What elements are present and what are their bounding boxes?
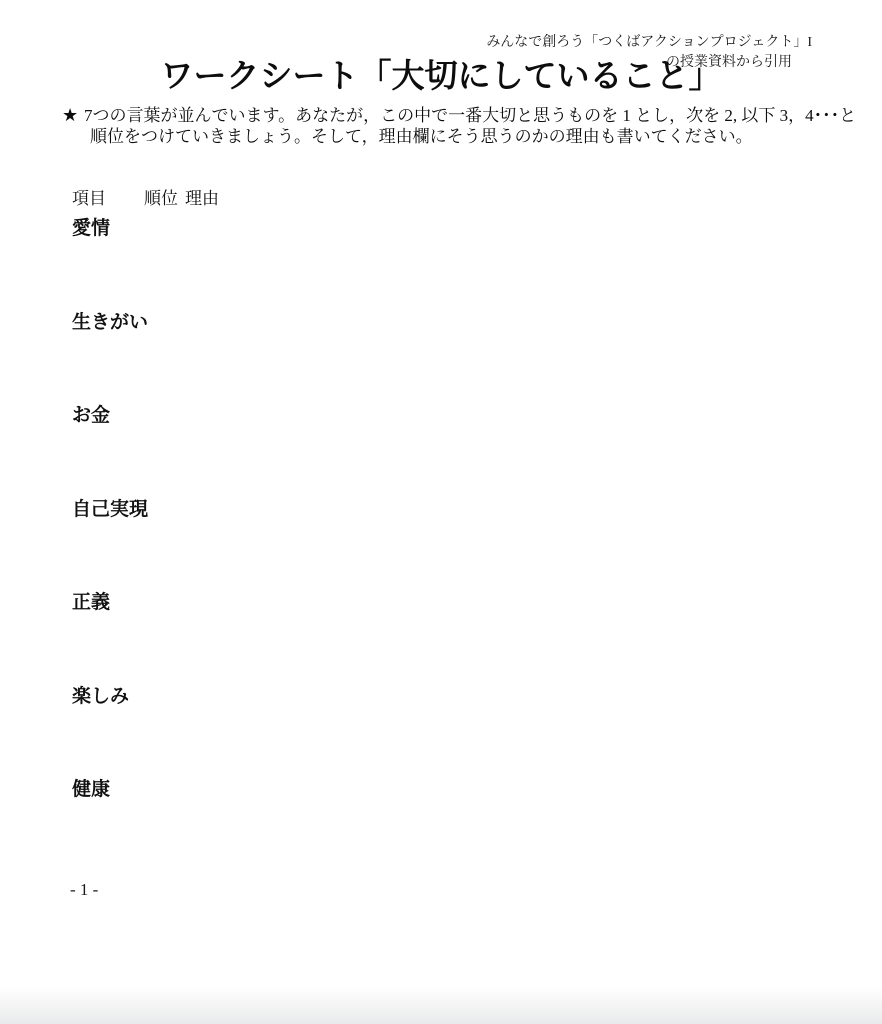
page-edge-shade	[0, 986, 882, 1024]
reason-cell-empty	[169, 678, 209, 702]
star-marker: ★	[62, 105, 84, 126]
reason-cell-empty	[150, 210, 190, 234]
table-row: 楽しみ	[72, 678, 852, 772]
worksheet-table: 項目順位理由 愛情 生きがい お金 自己実現 正義 楽しみ 健康	[72, 188, 852, 865]
item-label: お金	[72, 405, 110, 426]
reason-cell-empty	[150, 397, 190, 421]
rank-cell-empty	[110, 771, 150, 795]
reason-cell-empty	[188, 491, 228, 515]
table-row: お金	[72, 397, 852, 491]
table-row: 自己実現	[72, 491, 852, 585]
table-header-row: 項目順位理由	[72, 188, 852, 210]
worksheet-page: みんなで創ろう「つくばアクションプロジェクト」I の授業資料から引用 ワークシー…	[0, 0, 882, 1024]
page-number: - 1 -	[70, 880, 98, 900]
rank-cell-empty	[110, 210, 150, 234]
page-title: ワークシート「大切にしていること」	[0, 58, 882, 98]
rank-cell-empty	[110, 397, 150, 421]
reason-cell-empty	[188, 304, 228, 328]
item-label: 健康	[72, 779, 110, 800]
instructions-text: 7つの言葉が並んでいます。あなたが，この中で一番大切と思うものを 1 とし，次を…	[84, 106, 856, 146]
rank-cell-empty	[110, 584, 150, 608]
reason-cell-empty	[150, 771, 190, 795]
item-label: 自己実現	[72, 499, 148, 520]
table-row: 正義	[72, 584, 852, 678]
header-rank: 順位	[144, 189, 178, 208]
table-row: 健康	[72, 771, 852, 865]
header-item: 項目	[72, 189, 106, 208]
header-reason: 理由	[185, 189, 219, 208]
attribution-line1: みんなで創ろう「つくばアクションプロジェクト」I	[486, 33, 812, 53]
rank-cell-empty	[129, 678, 169, 702]
item-label: 正義	[72, 592, 110, 613]
reason-cell-empty	[150, 584, 190, 608]
instructions: ★7つの言葉が並んでいます。あなたが，この中で一番大切と思うものを 1 とし，次…	[62, 105, 862, 147]
table-row: 生きがい	[72, 304, 852, 398]
item-label: 楽しみ	[72, 686, 129, 707]
table-row: 愛情	[72, 210, 852, 304]
rank-cell-empty	[148, 304, 188, 328]
item-label: 生きがい	[72, 312, 148, 333]
rank-cell-empty	[148, 491, 188, 515]
item-label: 愛情	[72, 218, 110, 239]
